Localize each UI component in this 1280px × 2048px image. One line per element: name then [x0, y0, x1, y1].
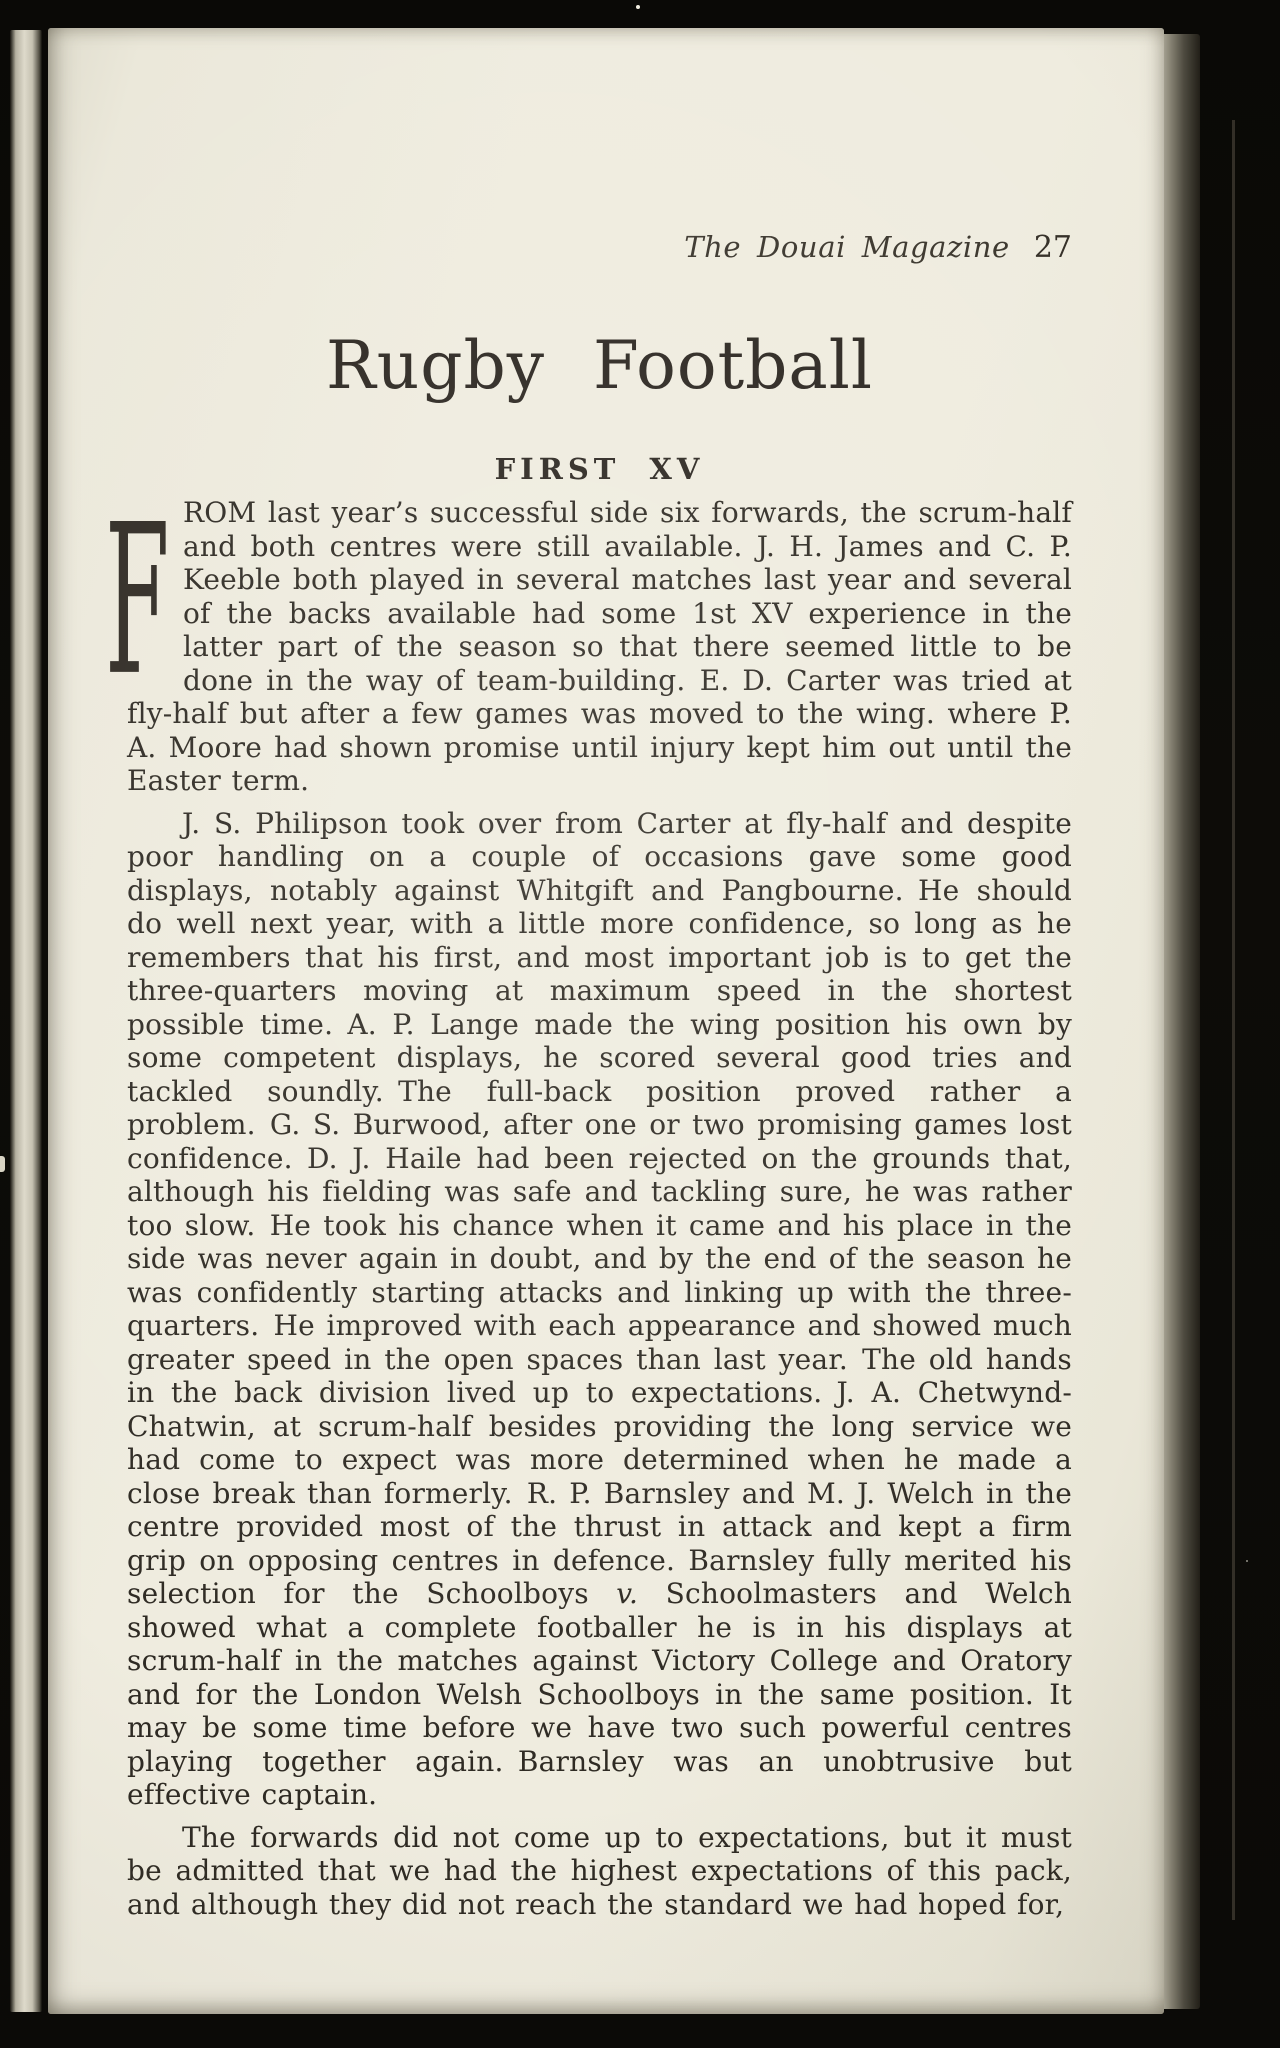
- drop-cap: F: [105, 498, 143, 727]
- cover-crease: [1232, 120, 1235, 1920]
- magazine-title: The Douai Magazine: [684, 230, 1010, 264]
- article-title: Rugby Football: [127, 326, 1072, 406]
- page-content: The Douai Magazine27 Rugby Football FIRS…: [127, 28, 1072, 2014]
- dust-speck: [636, 5, 640, 9]
- dust-speck: [1246, 1560, 1248, 1562]
- paragraph-1-text: ROM last year’s successful side six forw…: [127, 496, 1072, 797]
- left-page-edge: [10, 30, 42, 2012]
- right-page-edges: [1164, 34, 1200, 2009]
- section-heading: FIRST XV: [127, 452, 1072, 486]
- running-header: The Douai Magazine27: [127, 230, 1072, 265]
- book-scan-background: The Douai Magazine27 Rugby Football FIRS…: [0, 0, 1280, 2048]
- paragraph-3: The forwards did not come up to expectat…: [127, 1821, 1072, 1922]
- paragraph-2-text: J. S. Philipson took over from Carter at…: [127, 807, 1072, 1611]
- left-edge-highlight: [0, 1156, 5, 1172]
- paragraph-1: FROM last year’s successful side six for…: [127, 496, 1072, 798]
- page-number: 27: [1034, 230, 1072, 265]
- paragraph-2-text-continued: Schoolmasters and Welch showed what a co…: [127, 1577, 1072, 1811]
- paragraph-2: J. S. Philipson took over from Carter at…: [127, 807, 1072, 1812]
- book-page: The Douai Magazine27 Rugby Football FIRS…: [48, 28, 1164, 2014]
- versus-abbreviation-italic: v.: [616, 1577, 638, 1610]
- article-body: FROM last year’s successful side six for…: [127, 496, 1072, 1921]
